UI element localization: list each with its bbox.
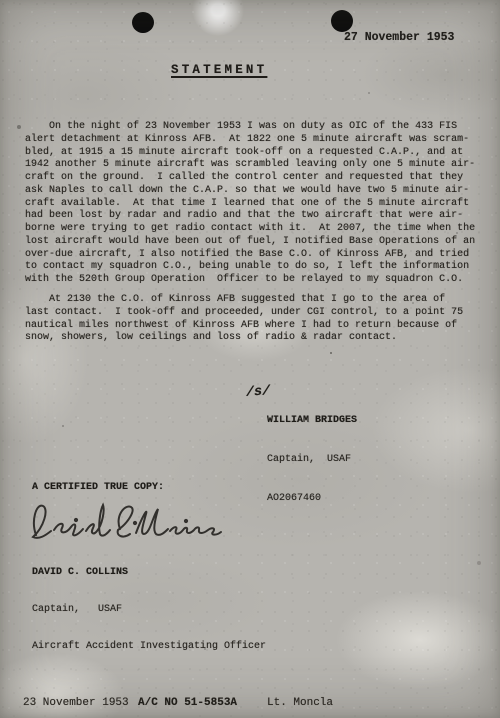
collins-rank: Captain, USAF (32, 604, 266, 616)
statement-title: STATEMENT (171, 63, 267, 77)
header-date: 27 November 1953 (344, 31, 454, 44)
punch-hole-right (331, 10, 353, 32)
certified-true-copy-heading: A CERTIFIED TRUE COPY: (32, 482, 164, 493)
bridges-name: WILLIAM BRIDGES (267, 414, 357, 427)
punch-hole-left (132, 12, 154, 33)
bridges-rank: Captain, USAF (267, 453, 357, 466)
bridges-service-number: AO2067460 (267, 492, 357, 505)
bridges-signature-block: WILLIAM BRIDGES Captain, USAF AO2067460 (267, 388, 357, 531)
collins-typed-name: DAVID C. COLLINS (32, 567, 266, 579)
collins-typed-block: DAVID C. COLLINS Captain, USAF Aircraft … (32, 542, 266, 678)
footer-pilot-reference: Lt. Moncla (267, 697, 333, 709)
statement-paragraph-2: At 2130 the C.O. of Kinross AFB suggeste… (25, 294, 495, 345)
scan-specks (0, 0, 2, 2)
statement-paragraph-1: On the night of 23 November 1953 I was o… (25, 121, 495, 287)
scanned-statement-page: 27 November 1953 STATEMENT On the night … (0, 0, 500, 718)
collins-title: Aircraft Accident Investigating Officer (32, 641, 266, 653)
footer-date: 23 November 1953 (23, 697, 129, 709)
footer-aircraft-number: A/C NO 51-5853A (138, 697, 237, 709)
collins-handwritten-signature (26, 497, 224, 545)
